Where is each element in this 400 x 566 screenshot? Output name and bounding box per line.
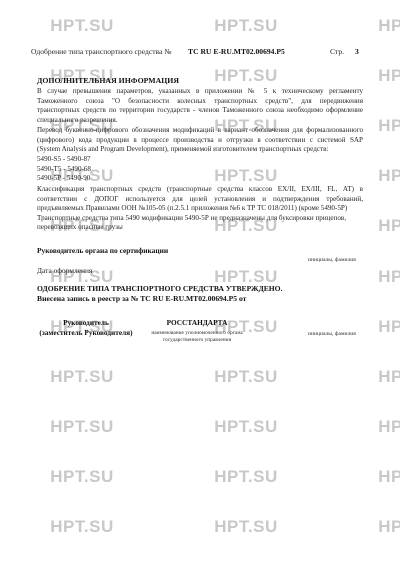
watermark-text: HPT.SU [214,467,277,487]
registry-entry-line: Внесена запись в реестр за № ТС RU E-RU.… [37,294,246,303]
watermark-text: HPT.SU [378,267,400,287]
sap-code-list: 5490-S5 - 5490-875490-T5 - 5490-685490-5… [37,155,363,184]
text-line: транспортных средств по территории госуд… [37,106,363,116]
signatory-title-deputy: (заместитель Руководителя) [36,328,136,338]
watermark-text: HPT.SU [50,517,113,537]
watermark-text: HPT.SU [378,467,400,487]
watermark-text: HPT.SU [50,16,113,36]
text-line: Перевод буквенно-цифрового обозначения м… [37,126,363,136]
watermark-text: HPT.SU [378,417,400,437]
watermark-text: HPT.SU [378,216,400,236]
watermark-text: HPT.SU [378,16,400,36]
document-page: HPT.SUHPT.SUHPT.SUHPT.SUHPT.SUHPT.SUHPT.… [0,0,400,566]
watermark-text: HPT.SU [214,16,277,36]
text-line: специального разрешения. [37,116,363,126]
date-of-issue-label: Дата оформления [37,266,92,275]
watermark-text: HPT.SU [214,517,277,537]
watermark-text: HPT.SU [378,116,400,136]
signature-org-column: РОССТАНДАРТА наименование уполномоченног… [146,318,248,344]
header-label: Одобрение типа транспортного средства № [31,47,172,56]
text-line: Классификация транспортных средств (тран… [37,185,363,195]
certification-head-label: Руководитель органа по сертификации [37,246,168,255]
page-number: 3 [355,47,359,56]
watermark-text: HPT.SU [378,367,400,387]
text-line: предъявляемых Правилами ООН №105-05 (п.2… [37,204,363,214]
org-note-line2: государственного управления [146,337,248,344]
signatory-title: Руководитель [36,318,136,328]
text-line: Таможенного союза "О безопасности колесн… [37,97,363,107]
watermark-text: HPT.SU [378,66,400,86]
sap-code-line: 5490-T5 - 5490-68 [37,165,363,175]
watermark-text: HPT.SU [214,367,277,387]
watermark-text: HPT.SU [50,467,113,487]
org-note-line1: наименование уполномоченного органа [146,330,248,337]
paragraph-sap-translation: Перевод буквенно-цифрового обозначения м… [37,126,363,155]
text-line: Транспортные средства типа 5490 модифика… [37,214,363,224]
watermark-text: HPT.SU [50,367,113,387]
text-line: В случае превышения параметров, указанны… [37,87,363,97]
paragraph-exceeding-parameters: В случае превышения параметров, указанны… [37,87,363,125]
initials-note-signature: инициалы, фамилия [308,331,356,337]
approval-number: ТС RU E-RU.MT02.00694.P5 [188,47,285,56]
sap-code-line: 5490-S5 - 5490-87 [37,155,363,165]
watermark-text: HPT.SU [214,66,277,86]
page-label: Стр. [330,47,344,56]
approval-statement: ОДОБРЕНИЕ ТИПА ТРАНСПОРТНОГО СРЕДСТВА УТ… [37,284,282,293]
text-line: соответствии с ДОПОГ используется для це… [37,195,363,205]
text-line: перевозящих опасные грузы [37,223,363,233]
text-line: (цифрового) кода продукции в процессе пр… [37,136,363,146]
watermark-text: HPT.SU [378,317,400,337]
paragraph-adr-classification: Классификация транспортных средств (тран… [37,185,363,233]
text-line: (System Analysis and Program Development… [37,145,363,155]
section-heading: ДОПОЛНИТЕЛЬНАЯ ИНФОРМАЦИЯ [37,76,179,85]
org-name: РОССТАНДАРТА [146,318,248,328]
initials-note-certification: инициалы, фамилия [308,257,356,263]
signature-left-column: Руководитель (заместитель Руководителя) [36,318,136,338]
watermark-text: HPT.SU [214,417,277,437]
watermark-text: HPT.SU [378,166,400,186]
watermark-text: HPT.SU [50,417,113,437]
watermark-text: HPT.SU [378,517,400,537]
sap-code-line: 5490-5P - 5490-90 [37,174,363,184]
